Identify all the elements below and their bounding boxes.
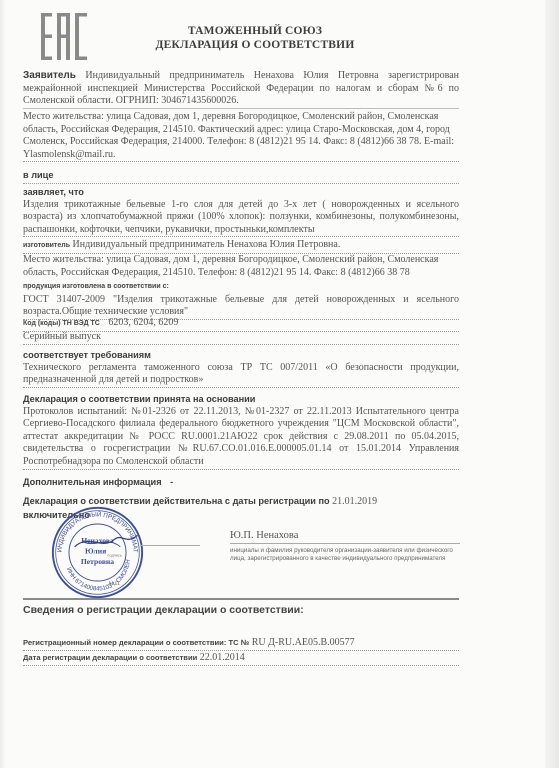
- svg-text:подпись: подпись: [107, 553, 121, 557]
- produced-according-text: ГОСТ 31407-2009 "Изделия трикотажные бел…: [23, 294, 459, 320]
- title-declaration: ДЕКЛАРАЦИЯ О СООТВЕТСТВИИ: [130, 38, 380, 52]
- additional-info-section: Дополнительная информация -: [23, 476, 459, 490]
- registration-date-row: Дата регистрации декларации о соответств…: [23, 652, 459, 666]
- official-stamp: ИНДИВИДУАЛЬНЫЙ ПРЕДПРИНИМАТЕЛЬ ОГРНИП 30…: [50, 505, 145, 600]
- registration-number-row: Регистрационный номер декларации о соотв…: [23, 637, 459, 651]
- represented-by-label: в лице: [23, 170, 53, 180]
- manufacturer-text: Индивидуальный предприниматель Ненахова …: [73, 239, 341, 250]
- tn-ved-label: Код (коды) ТН ВЭД ТС: [23, 320, 100, 327]
- declares-text: Изделия трикотажные бельевые 1-го слоя д…: [23, 199, 459, 238]
- applicant-text: Индивидуальный предприниматель Ненахова …: [23, 70, 459, 106]
- applicant-label: Заявитель: [23, 70, 76, 81]
- declares-label: заявляет, что: [23, 186, 459, 199]
- basis-text: Протоколов испытаний: №01-2326 от 22.11.…: [23, 406, 459, 470]
- signer-note: инициалы и фамилия руководителя организа…: [230, 547, 460, 563]
- svg-text:Петровна: Петровна: [81, 557, 114, 566]
- scan-edge-right: [545, 0, 559, 768]
- produced-according-section: продукция изготовлена в соответствии с: …: [23, 281, 459, 320]
- tn-ved-section: Код (коды) ТН ВЭД ТС 6203, 6204, 6209: [23, 317, 459, 332]
- registration-date-value: 22.01.2014: [200, 652, 245, 663]
- registration-number-value: RU Д-RU.AE05.B.00577: [252, 637, 355, 648]
- signer-name: Ю.П. Ненахова: [230, 530, 460, 544]
- manufacturer-address: Место жительства: улица Садовая, дом 1, …: [23, 254, 459, 279]
- stamp-seal-icon: ИНДИВИДУАЛЬНЫЙ ПРЕДПРИНИМАТЕЛЬ ОГРНИП 30…: [50, 505, 145, 600]
- applicant-section: Заявитель Индивидуальный предприниматель…: [23, 70, 459, 109]
- scan-edge-left: [0, 0, 6, 768]
- registration-date-label: Дата регистрации декларации о соответств…: [23, 653, 197, 662]
- registration-title: Сведения о регистрации декларации о соот…: [23, 604, 304, 616]
- applicant-address: Место жительства: улица Садовая, дом 1, …: [23, 111, 459, 162]
- registration-number-label: Регистрационный номер декларации о соотв…: [23, 638, 249, 647]
- release-section: Серийный выпуск: [23, 331, 459, 345]
- complies-section: соответствует требованиям Технического р…: [23, 349, 459, 388]
- basis-label: Декларация о соответствии принята на осн…: [23, 393, 459, 406]
- svg-text:Юлия: Юлия: [85, 546, 106, 555]
- document-title: ТАМОЖЕННЫЙ СОЮЗ ДЕКЛАРАЦИЯ О СООТВЕТСТВИ…: [130, 24, 380, 52]
- title-customs-union: ТАМОЖЕННЫЙ СОЮЗ: [130, 24, 380, 38]
- section-separator: [23, 598, 459, 600]
- additional-info-value: -: [170, 477, 173, 487]
- svg-text:Ненахова: Ненахова: [81, 536, 114, 545]
- release-value: Серийный выпуск: [23, 331, 101, 342]
- basis-section: Декларация о соответствии принята на осн…: [23, 393, 459, 470]
- declaration-page: ТАМОЖЕННЫЙ СОЮЗ ДЕКЛАРАЦИЯ О СООТВЕТСТВИ…: [0, 0, 559, 768]
- complies-text: Технического регламента таможенного союз…: [23, 362, 459, 388]
- signer-block: Ю.П. Ненахова инициалы и фамилия руковод…: [230, 530, 460, 563]
- svg-text:М.П.: М.П.: [109, 581, 122, 587]
- tn-ved-value: 6203, 6204, 6209: [108, 317, 178, 328]
- represented-by-section: в лице: [23, 169, 459, 184]
- manufacturer-section: изготовитель Индивидуальный предпринимат…: [23, 239, 459, 254]
- signature-line: [140, 545, 200, 546]
- complies-label: соответствует требованиям: [23, 349, 459, 362]
- additional-info-label: Дополнительная информация: [23, 477, 162, 487]
- eac-mark-icon: [41, 13, 87, 60]
- eac-logo: [41, 13, 87, 60]
- manufacturer-label: изготовитель: [23, 242, 70, 249]
- validity-date: 21.01.2019: [332, 496, 377, 507]
- declares-section: заявляет, что Изделия трикотажные бельев…: [23, 186, 459, 237]
- produced-according-label: продукция изготовлена в соответствии с:: [23, 281, 459, 294]
